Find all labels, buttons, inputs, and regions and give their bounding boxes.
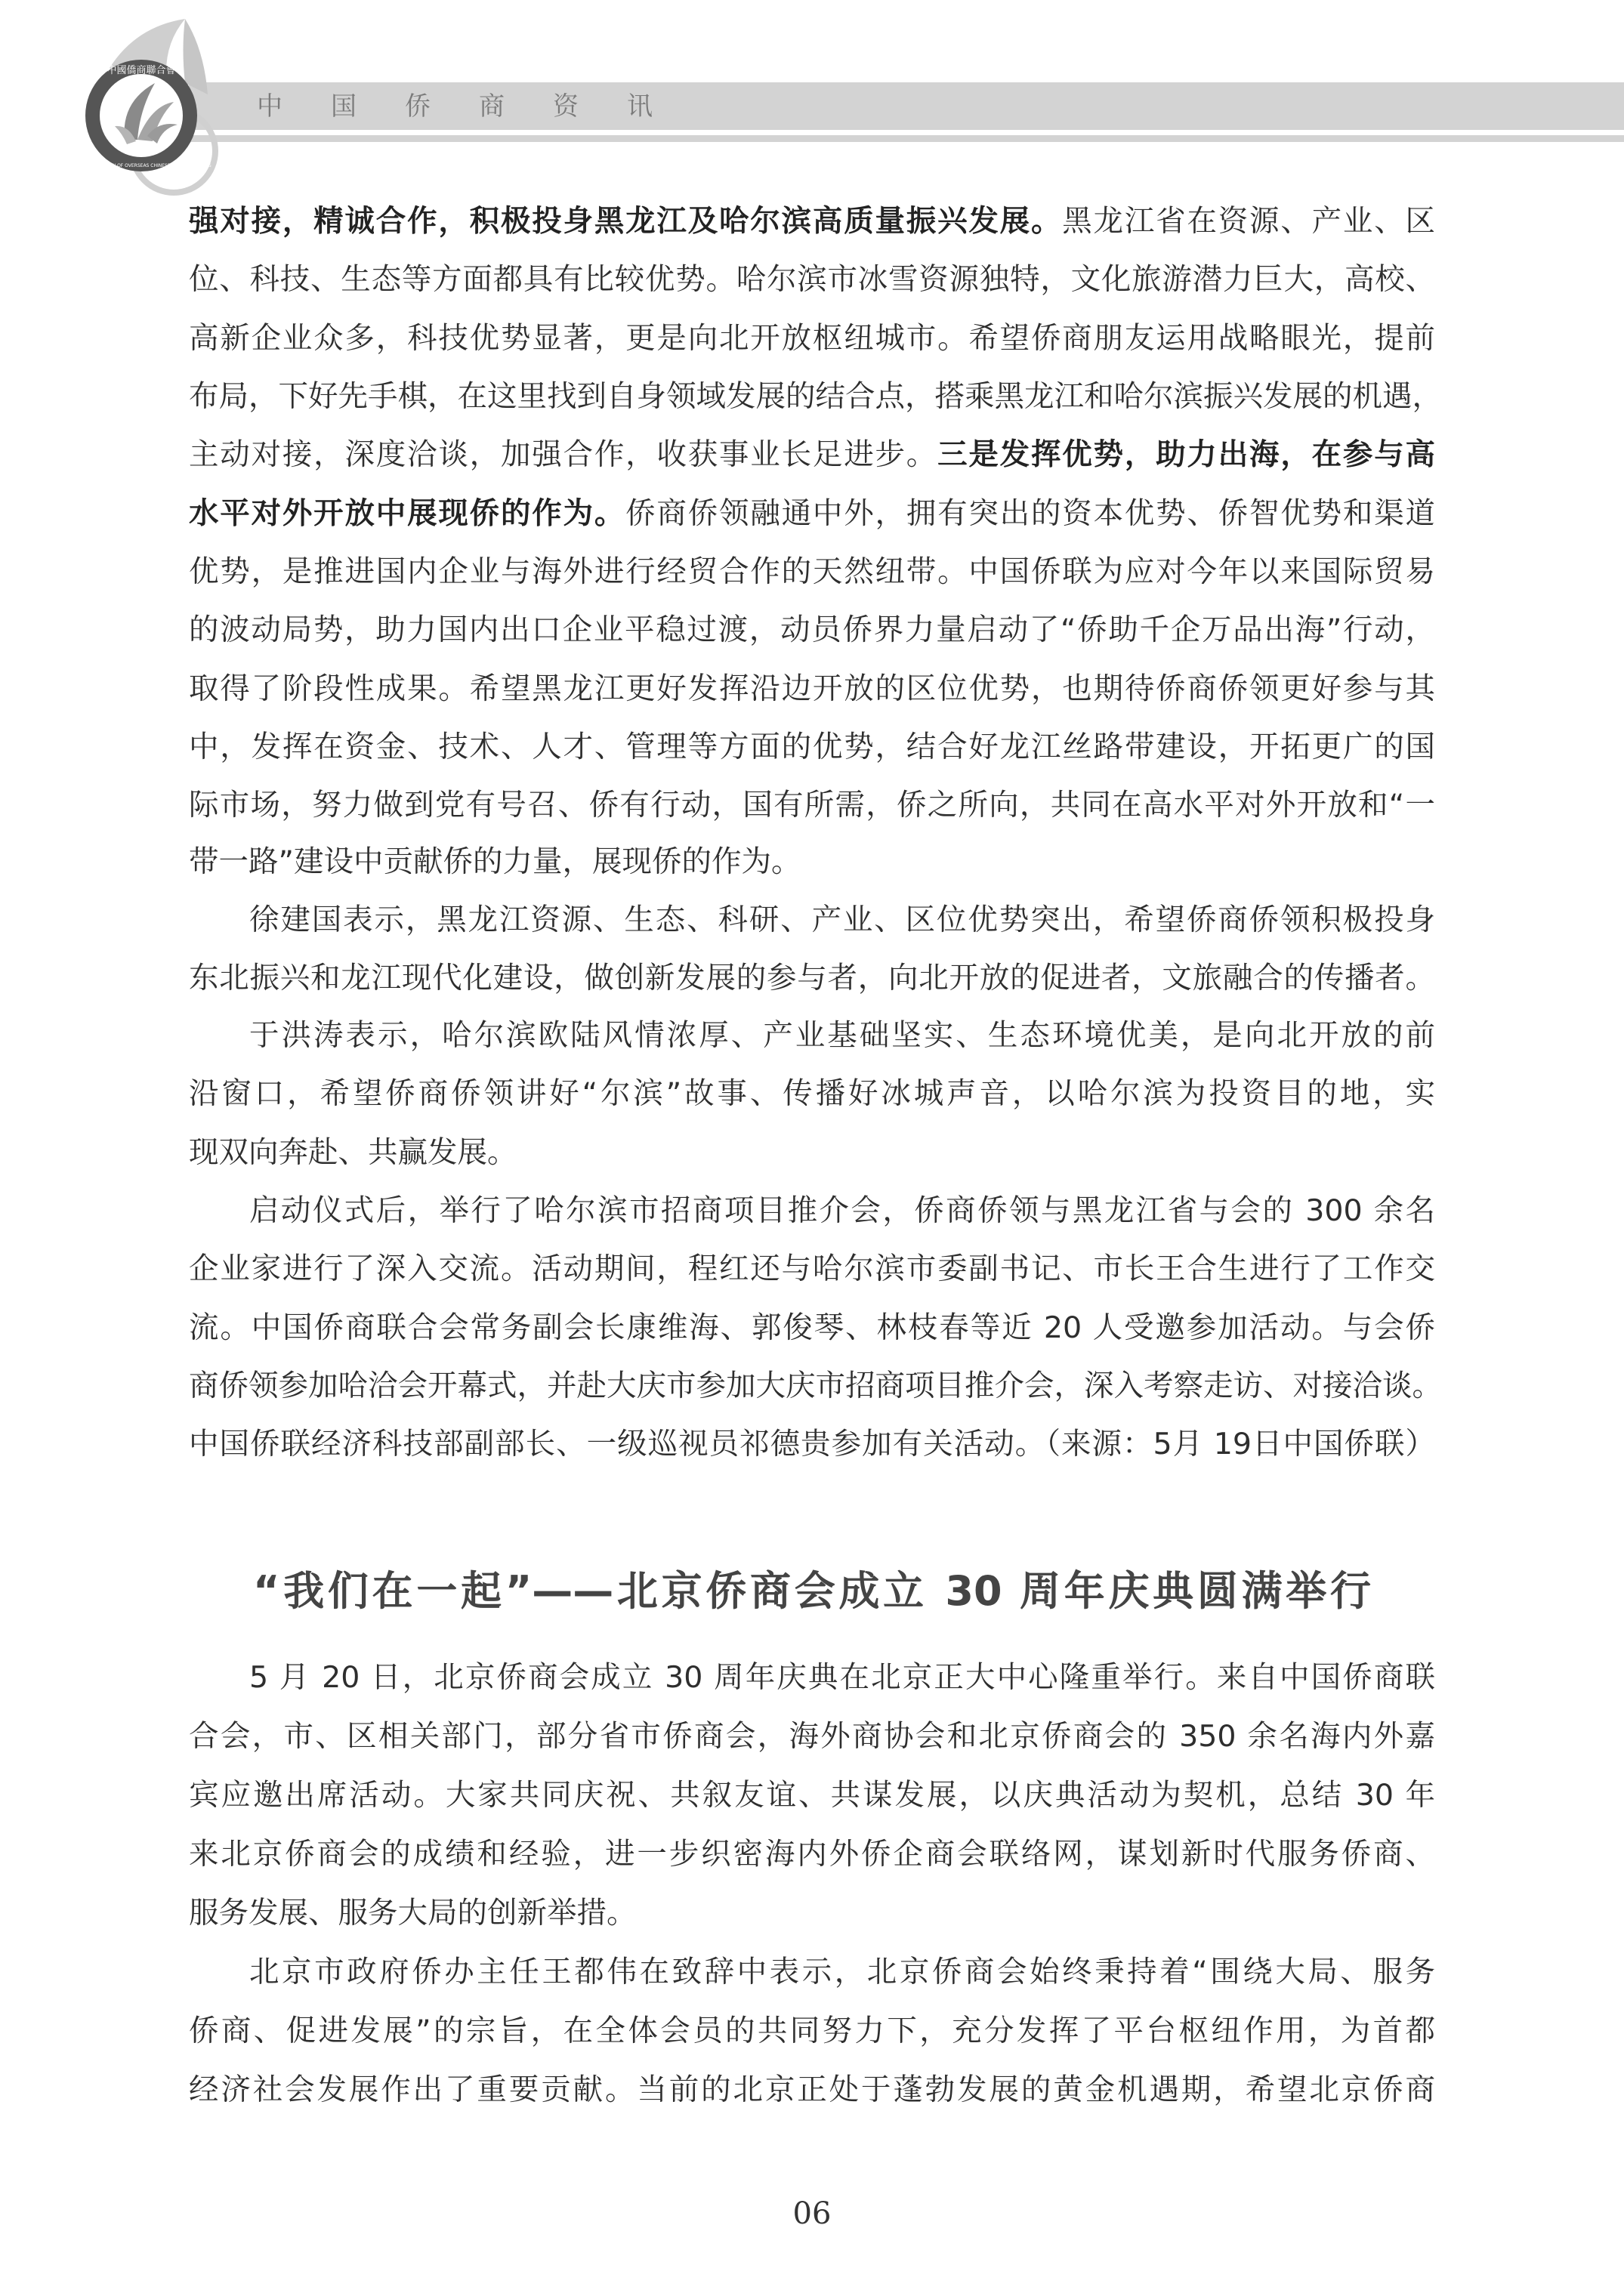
source-line: 中国侨联经济科技部副部长、一级巡视员祁德贵参加有关活动。（来源：5月 19日中国…	[189, 1427, 1435, 1461]
paragraph-line: 的波动局势，助力国内出口企业平稳过渡，动员侨界力量启动了“侨助千企万品出海”行动…	[189, 613, 1435, 647]
paragraph-line: 中，发挥在资金、技术、人才、管理等方面的优势，结合好龙江丝路带建设，开拓更广的国	[189, 730, 1435, 764]
paragraph-line: 强对接，精诚合作，积极投身黑龙江及哈尔滨高质量振兴发展。黑龙江省在资源、产业、区	[189, 205, 1435, 238]
publication-title: 中国侨商资讯	[257, 85, 701, 128]
paragraph-line: 宾应邀出席活动。大家共同庆祝、共叙友谊、共谋发展，以庆典活动为契机，总结 30 …	[189, 1779, 1435, 1812]
paragraph-line: 北京市政府侨办主任王都伟在致辞中表示，北京侨商会始终秉持着“围绕大局、服务	[249, 1955, 1435, 1989]
paragraph-line: 5 月 20 日，北京侨商会成立 30 周年庆典在北京正大中心隆重举行。来自中国…	[249, 1661, 1435, 1694]
page-number: 06	[774, 2196, 850, 2231]
paragraph-line: 徐建国表示，黑龙江资源、生态、科研、产业、区位优势突出，希望侨商侨领积极投身	[249, 903, 1435, 937]
paragraph-line: 于洪涛表示，哈尔滨欧陆风情浓厚、产业基础坚实、生态环境优美，是向北开放的前	[249, 1019, 1435, 1052]
paragraph-line: 现双向奔赴、共赢发展。	[189, 1136, 1435, 1169]
paragraph-line: 水平对外开放中展现侨的作为。侨商侨领融通中外，拥有突出的资本优势、侨智优势和渠道	[189, 497, 1435, 530]
paragraph-line: 商侨领参加哈洽会开幕式，并赴大庆市参加大庆市招商项目推介会，深入考察走访、对接洽…	[189, 1369, 1435, 1403]
paragraph-line: 主动对接，深度洽谈，加强合作，收获事业长足进步。三是发挥优势，助力出海，在参与高	[189, 438, 1435, 471]
paragraph-line: 合会，市、区相关部门，部分省市侨商会，海外商协会和北京侨商会的 350 余名海内…	[189, 1720, 1435, 1753]
header-stripe	[189, 135, 1624, 142]
paragraph-line: 东北振兴和龙江现代化建设，做创新发展的参与者，向北开放的促进者，文旅融合的传播者…	[189, 961, 1435, 995]
paragraph-line: 布局，下好先手棋，在这里找到自身领域发展的结合点，搭乘黑龙江和哈尔滨振兴发展的机…	[189, 380, 1435, 413]
paragraph-line: 服务发展、服务大局的创新举措。	[189, 1896, 1435, 1930]
paragraph-line: 侨商、促进发展”的宗旨，在全体会员的共同努力下，充分发挥了平台枢纽作用，为首都	[189, 2014, 1435, 2048]
paragraph-line: 际市场，努力做到党有号召、侨有行动，国有所需，侨之所向，共同在高水平对外开放和“…	[189, 789, 1435, 822]
svg-text:中國僑商聯合會: 中國僑商聯合會	[107, 64, 175, 76]
paragraph-line: 带一路”建设中贡献侨的力量，展现侨的作为。	[189, 845, 1435, 878]
paragraph-line: 启动仪式后，举行了哈尔滨市招商项目推介会，侨商侨领与黑龙江省与会的 300 余名	[249, 1194, 1435, 1227]
paragraph-line: 来北京侨商会的成绩和经验，进一步织密海内外侨企商会联络网，谋划新时代服务侨商、	[189, 1838, 1435, 1871]
paragraph-line: 位、科技、生态等方面都具有比较优势。哈尔滨市冰雪资源独特，文化旅游潜力巨大，高校…	[189, 263, 1435, 296]
paragraph-line: 经济社会发展作出了重要贡献。当前的北京正处于蓬勃发展的黄金机遇期，希望北京侨商	[189, 2073, 1435, 2106]
article-title: “我们在一起”——北京侨商会成立 30 周年庆典圆满举行	[253, 1566, 1371, 1616]
paragraph-line: 高新企业众多，科技优势显著，更是向北开放枢纽城市。希望侨商朋友运用战略眼光，提前	[189, 322, 1435, 355]
paragraph-line: 企业家进行了深入交流。活动期间，程红还与哈尔滨市委副书记、市长王合生进行了工作交	[189, 1252, 1435, 1285]
paragraph-line: 沿窗口，希望侨商侨领讲好“尔滨”故事、传播好冰城声音，以哈尔滨为投资目的地，实	[189, 1077, 1435, 1110]
paragraph-line: 取得了阶段性成果。希望黑龙江更好发挥沿边开放的区位优势，也期待侨商侨领更好参与其	[189, 672, 1435, 705]
bold-emphasis: 三是发挥优势，助力出海，在参与高	[937, 437, 1435, 472]
organization-logo-icon: 中國僑商聯合會 CHINA FEDERATION OF OVERSEAS CHI…	[53, 11, 249, 200]
paragraph-line: 优势，是推进国内企业与海外进行经贸合作的天然纽带。中国侨联为应对今年以来国际贸易	[189, 555, 1435, 588]
bold-emphasis: 水平对外开放中展现侨的作为。	[189, 496, 625, 531]
paragraph-line: 流。中国侨商联合会常务副会长康维海、郭俊琴、林枝春等近 20 人受邀参加活动。与…	[189, 1311, 1435, 1344]
bold-emphasis: 强对接，精诚合作，积极投身黑龙江及哈尔滨高质量振兴发展。	[189, 204, 1062, 239]
svg-text:CHINA FEDERATION OF OVERSEAS C: CHINA FEDERATION OF OVERSEAS CHINESE ENT…	[71, 163, 211, 168]
